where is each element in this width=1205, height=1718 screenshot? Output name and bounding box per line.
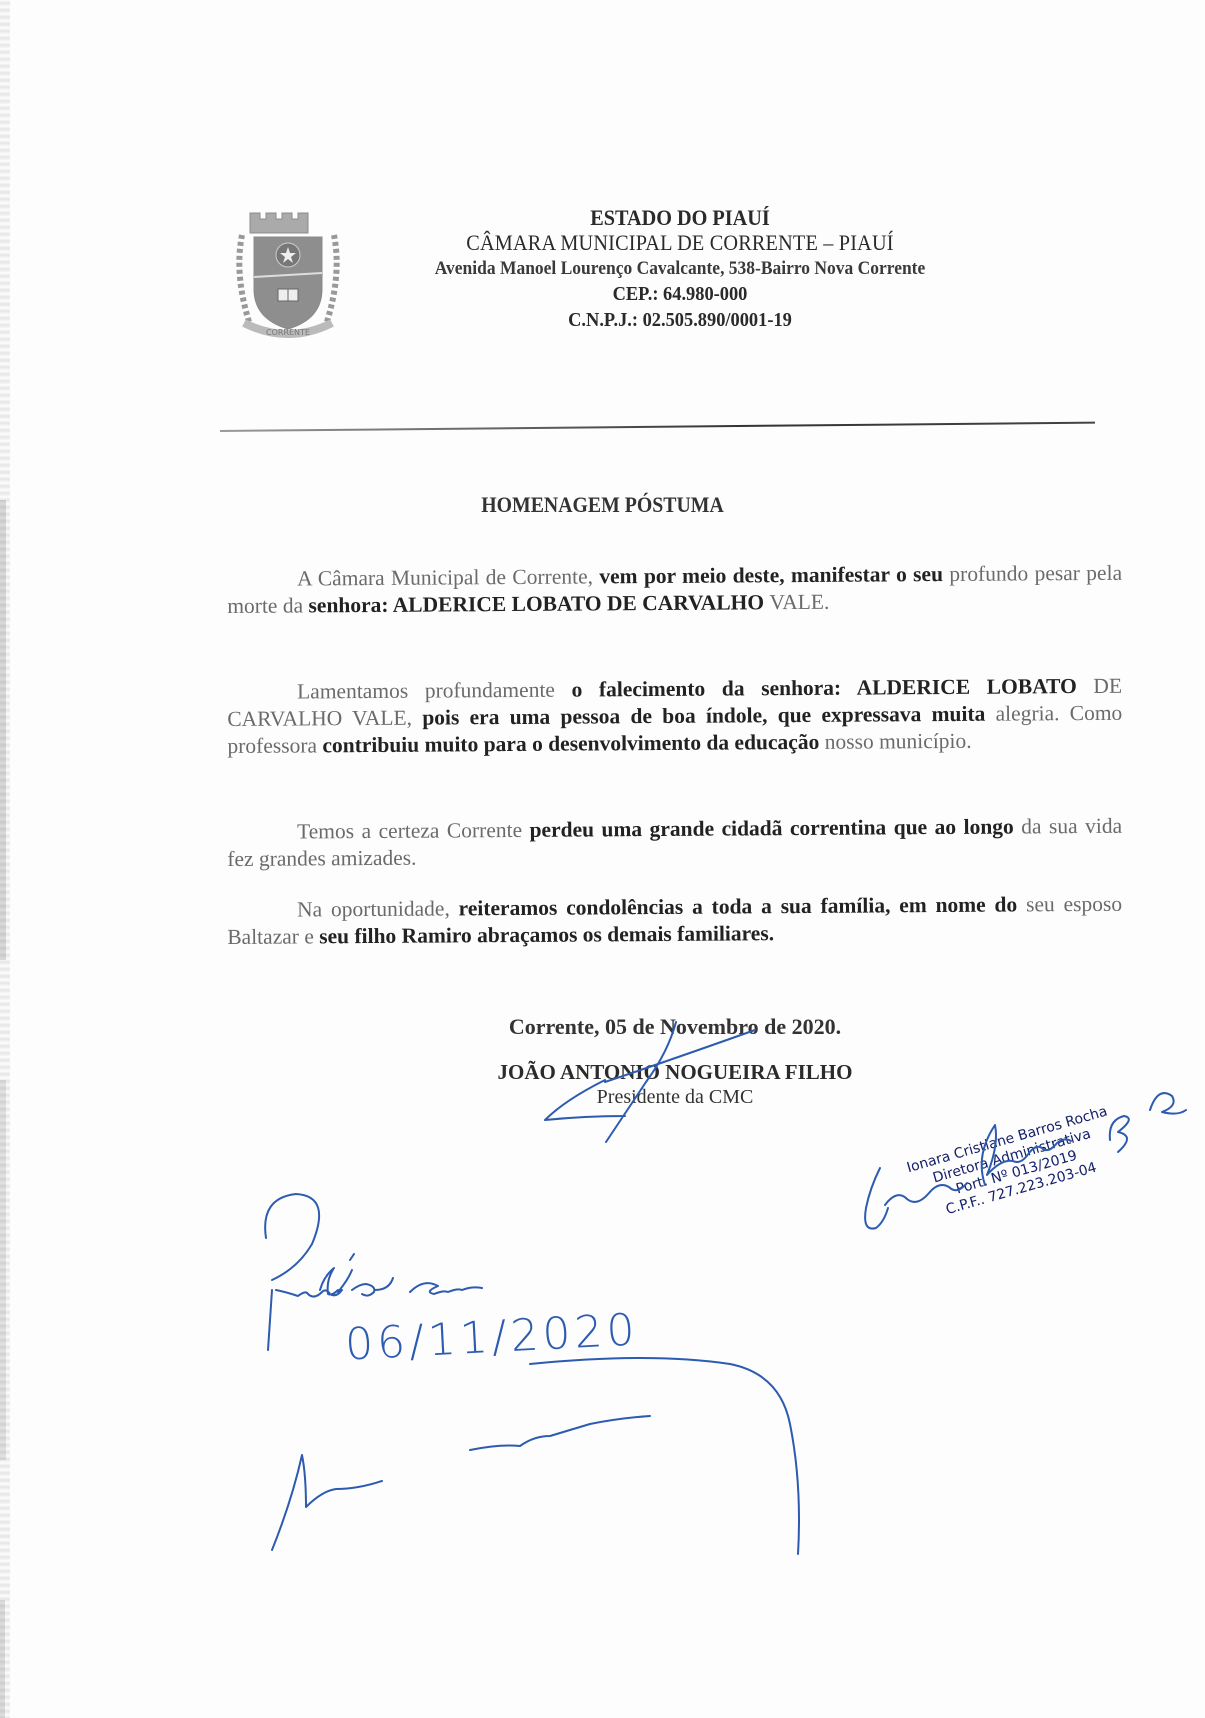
state-name: ESTADO DO PIAUÍ xyxy=(386,205,975,230)
coat-of-arms-icon: CORRENTE xyxy=(228,205,348,345)
paragraph-3: Temos a certeza Corrente perdeu uma gran… xyxy=(227,813,1122,873)
cnpj: C.N.P.J.: 02.505.890/0001-19 xyxy=(386,307,975,334)
received-date: 06/11/2020 xyxy=(344,1304,640,1370)
signer-role: Presidente da CMC xyxy=(455,1086,895,1109)
svg-text:CORRENTE: CORRENTE xyxy=(266,328,310,337)
chamber-name: CÂMARA MUNICIPAL DE CORRENTE – PIAUÍ xyxy=(386,230,975,256)
receiver-signature xyxy=(272,1416,650,1550)
signature-block: Corrente, 05 de Novembro de 2020. JOÃO A… xyxy=(455,1014,895,1109)
address: Avenida Manoel Lourenço Cavalcante, 538-… xyxy=(386,256,975,282)
paragraph-2: Lamentamos profundamente o falecimento d… xyxy=(227,673,1123,760)
place-date: Corrente, 05 de Novembro de 2020. xyxy=(455,1014,895,1040)
received-curve xyxy=(530,1358,799,1554)
cep: CEP.: 64.980-000 xyxy=(386,282,975,307)
paragraph-1: A Câmara Municipal de Corrente, vem por … xyxy=(227,560,1122,620)
scan-edge-artifact xyxy=(0,1080,6,1460)
scan-edge-artifact xyxy=(0,500,6,960)
letterhead: ESTADO DO PIAUÍ CÂMARA MUNICIPAL DE CORR… xyxy=(360,205,1000,334)
document-title: HOMENAGEM PÓSTUMA xyxy=(60,492,1145,518)
signer-name: JOÃO ANTONIO NOGUEIRA FILHO xyxy=(455,1060,895,1085)
scan-edge-artifact xyxy=(0,1600,5,1718)
header-divider xyxy=(220,422,1095,432)
paragraph-4: Na oportunidade, reiteramos condolências… xyxy=(227,891,1122,951)
administrative-stamp: Ionara Cristiane Barros Rocha Diretora A… xyxy=(880,1096,1149,1233)
